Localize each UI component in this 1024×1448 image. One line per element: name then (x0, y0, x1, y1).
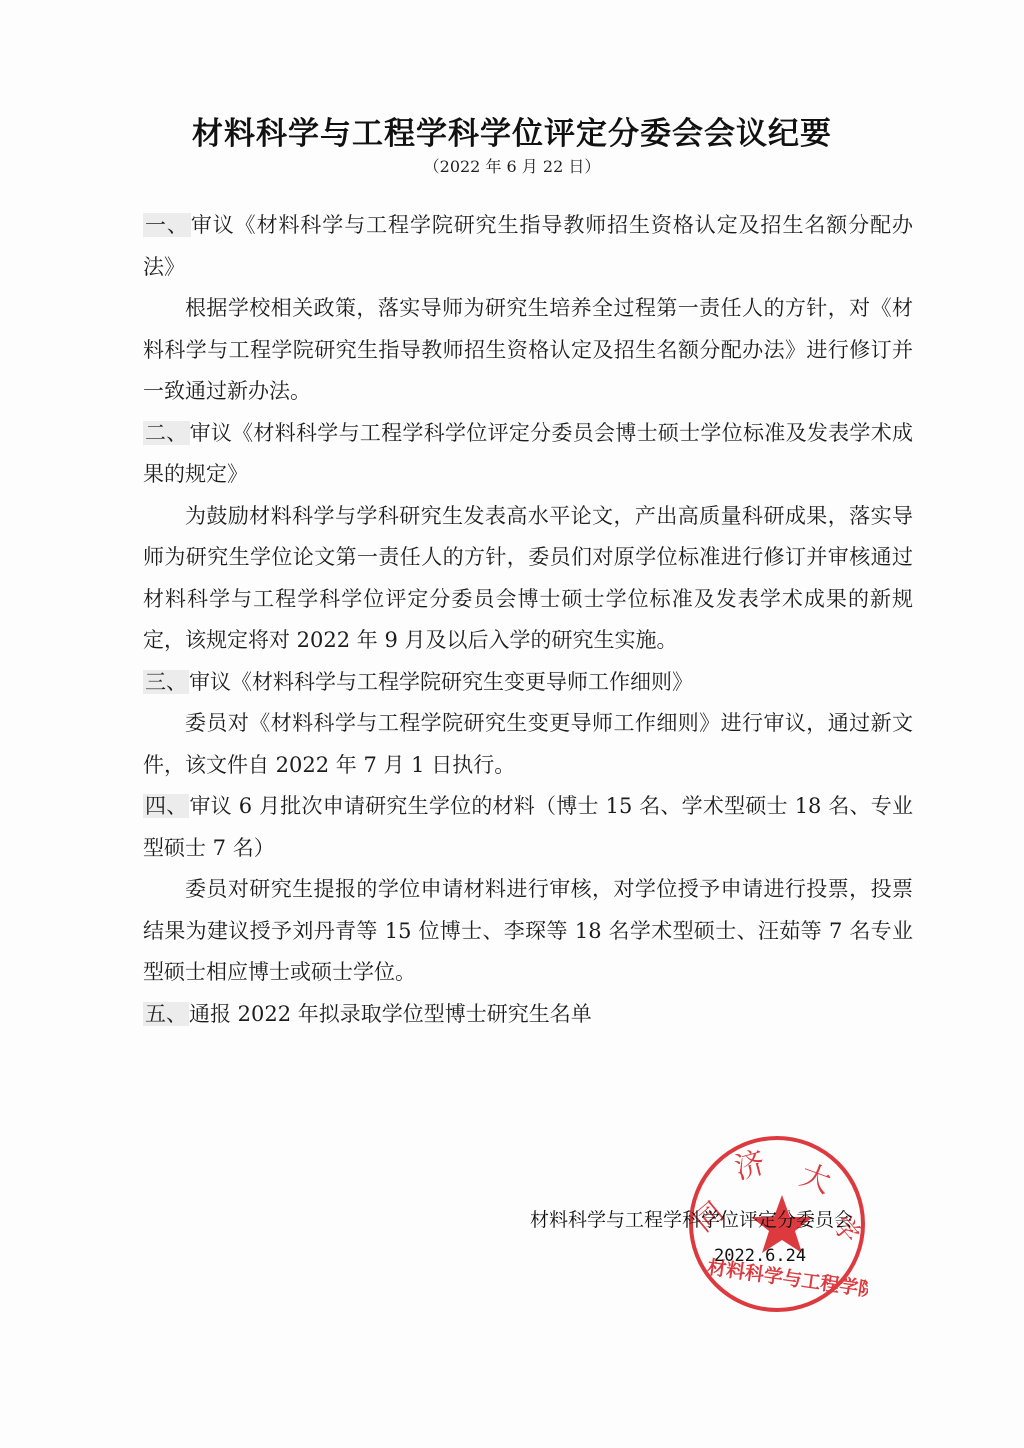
section-number: 一、 (143, 213, 191, 237)
section-heading-1: 一、审议《材料科学与工程学院研究生指导教师招生资格认定及招生名额分配办法》 (143, 205, 913, 288)
signature-organization: 材料科学与工程学科学位评定分委员会 (530, 1205, 853, 1232)
svg-text:大: 大 (795, 1158, 835, 1201)
section-heading-text: 审议《材料科学与工程学科学位评定分委员会博士硕士学位标准及发表学术成果的规定》 (143, 421, 913, 487)
section-number: 四、 (143, 794, 189, 818)
meeting-date: （2022 年 6 月 22 日） (0, 154, 1024, 177)
svg-text:济: 济 (731, 1145, 769, 1187)
section-heading-text: 通报 2022 年拟录取学位型博士研究生名单 (189, 1002, 592, 1026)
section-heading-text: 审议 6 月批次申请研究生学位的材料（博士 15 名、学术型硕士 18 名、专业… (143, 794, 913, 860)
section-number: 二、 (143, 421, 190, 445)
section-heading-2: 二、审议《材料科学与工程学科学位评定分委员会博士硕士学位标准及发表学术成果的规定… (143, 413, 913, 496)
section-paragraph-4: 委员对研究生提报的学位申请材料进行审核，对学位授予申请进行投票，投票结果为建议授… (143, 869, 913, 994)
section-number: 五、 (143, 1002, 189, 1026)
section-paragraph-2: 为鼓励材料科学与学科研究生发表高水平论文，产出高质量科研成果，落实导师为研究生学… (143, 496, 913, 662)
section-heading-4: 四、审议 6 月批次申请研究生学位的材料（博士 15 名、学术型硕士 18 名、… (143, 786, 913, 869)
signature-date: 2022.6.24 (714, 1246, 806, 1266)
document-body: 一、审议《材料科学与工程学院研究生指导教师招生资格认定及招生名额分配办法》 根据… (143, 205, 913, 1035)
section-paragraph-3: 委员对《材料科学与工程学院研究生变更导师工作细则》进行审议，通过新文件，该文件自… (143, 703, 913, 786)
document-title: 材料科学与工程学科学位评定分委会会议纪要 (0, 108, 1024, 153)
section-number: 三、 (143, 670, 189, 694)
section-heading-text: 审议《材料科学与工程学院研究生指导教师招生资格认定及招生名额分配办法》 (143, 213, 913, 279)
section-heading-5: 五、通报 2022 年拟录取学位型博士研究生名单 (143, 994, 913, 1036)
section-heading-3: 三、审议《材料科学与工程学院研究生变更导师工作细则》 (143, 662, 913, 704)
section-paragraph-1: 根据学校相关政策，落实导师为研究生培养全过程第一责任人的方针，对《材料科学与工程… (143, 288, 913, 413)
document-page: 材料科学与工程学科学位评定分委会会议纪要 （2022 年 6 月 22 日） 一… (0, 0, 1024, 1448)
section-heading-text: 审议《材料科学与工程学院研究生变更导师工作细则》 (189, 670, 693, 694)
